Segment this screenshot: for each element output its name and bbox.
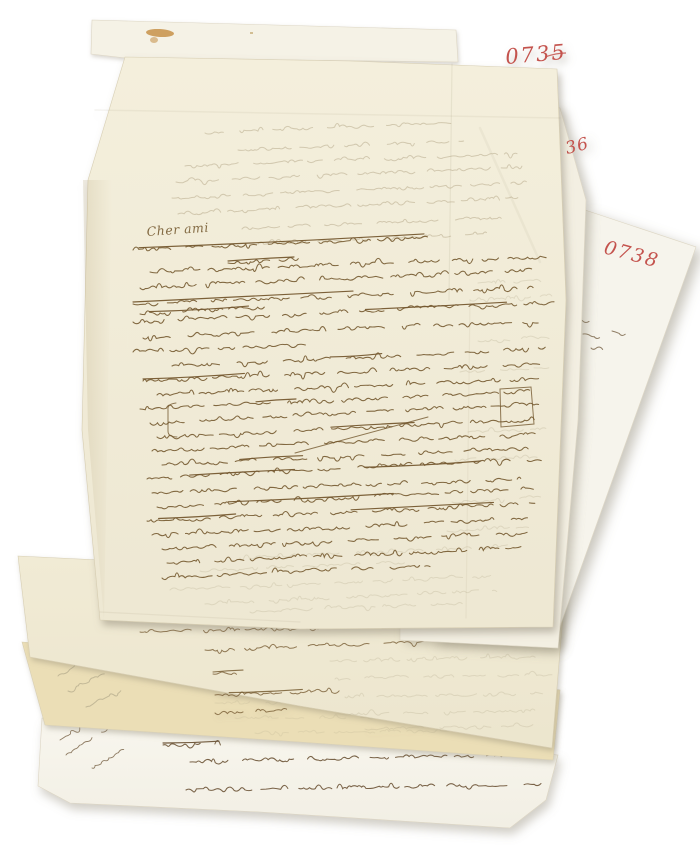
paper-speck bbox=[250, 32, 253, 34]
manuscript-photo-canvas: 0738 36 Cher ami 0735 bbox=[0, 0, 700, 854]
manuscript-sheet-0735: Cher ami 0735 bbox=[82, 40, 568, 629]
manuscript-photo: 0738 36 Cher ami 0735 bbox=[0, 0, 700, 854]
sheet-shading bbox=[82, 57, 566, 629]
rust-stain-small bbox=[150, 37, 158, 43]
